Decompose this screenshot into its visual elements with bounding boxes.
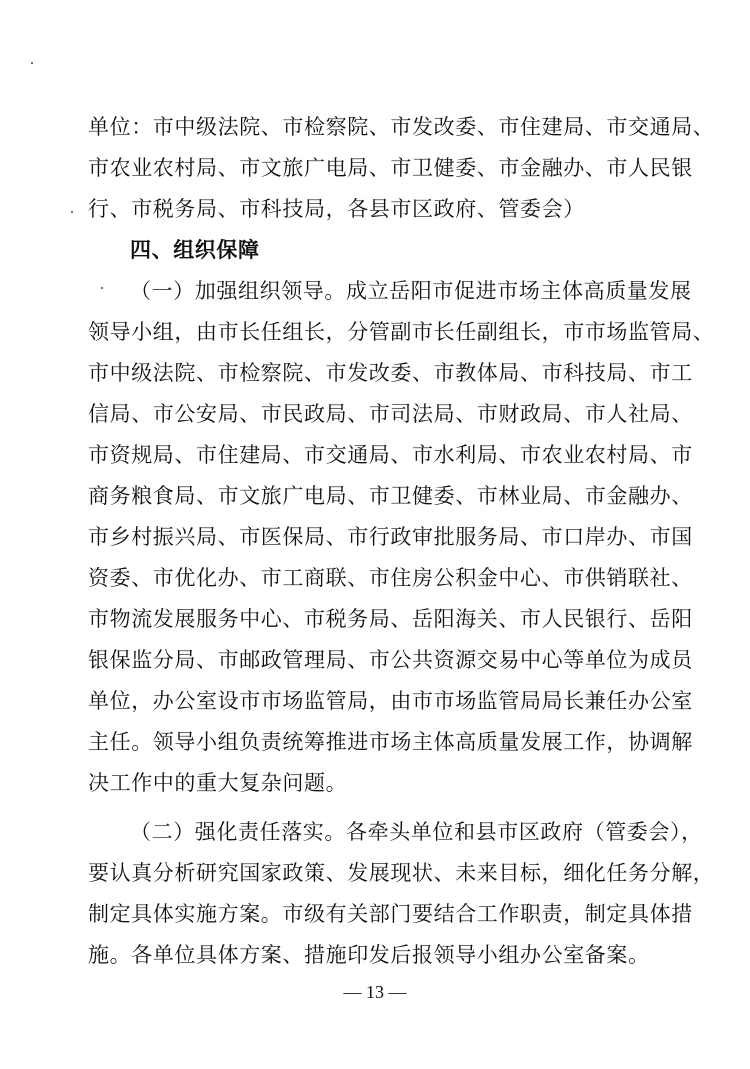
text-line: 行、市税务局、市科技局，各县市区政府、管委会） [88, 195, 654, 223]
scan-speck [31, 62, 33, 64]
paragraph-line: 资委、市优化办、市工商联、市住房公积金中心、市供销联社、 [88, 564, 654, 592]
paragraph-line: 信局、市公安局、市民政局、市司法局、市财政局、市人社局、 [88, 400, 654, 428]
paragraph-line: 商务粮食局、市文旅广电局、市卫健委、市林业局、市金融办、 [88, 482, 654, 510]
document-page: 单位：市中级法院、市检察院、市发改委、市住建局、市交通局、 市农业农村局、市文旅… [0, 0, 750, 1069]
paragraph-line: 市乡村振兴局、市医保局、市行政审批服务局、市口岸办、市国 [88, 523, 654, 551]
paragraph-line: 要认真分析研究国家政策、发展现状、未来目标，细化任务分解， [88, 859, 654, 887]
paragraph-line: 施。各单位具体方案、措施印发后报领导小组办公室备案。 [88, 941, 654, 969]
paragraph-line: 市物流发展服务中心、市税务局、岳阳海关、市人民银行、岳阳 [88, 605, 654, 633]
paragraph-line: 领导小组，由市长任组长，分管副市长任副组长，市市场监管局、 [88, 318, 654, 346]
paragraph-line: （一）加强组织领导。成立岳阳市促进市场主体高质量发展 [130, 277, 654, 305]
paragraph-line: 银保监分局、市邮政管理局、市公共资源交易中心等单位为成员 [88, 646, 654, 674]
paragraph-line: 市中级法院、市检察院、市发改委、市教体局、市科技局、市工 [88, 359, 654, 387]
section-heading: 四、组织保障 [130, 236, 654, 264]
paragraph-line: 制定具体实施方案。市级有关部门要结合工作职责，制定具体措 [88, 900, 654, 928]
paragraph-line: 主任。领导小组负责统筹推进市场主体高质量发展工作，协调解 [88, 728, 654, 756]
paragraph-line: 决工作中的重大复杂问题。 [88, 769, 654, 797]
paragraph-line: 单位，办公室设市市场监管局，由市市场监管局局长兼任办公室 [88, 687, 654, 715]
page-number: — 13 — [0, 982, 750, 1003]
text-line: 市农业农村局、市文旅广电局、市卫健委、市金融办、市人民银 [88, 154, 654, 182]
scan-speck [71, 211, 73, 213]
scan-speck [101, 287, 103, 289]
paragraph-line: 市资规局、市住建局、市交通局、市水利局、市农业农村局、市 [88, 441, 654, 469]
paragraph-line: （二）强化责任落实。各牵头单位和县市区政府（管委会）， [130, 818, 654, 846]
text-line: 单位：市中级法院、市检察院、市发改委、市住建局、市交通局、 [88, 113, 654, 141]
